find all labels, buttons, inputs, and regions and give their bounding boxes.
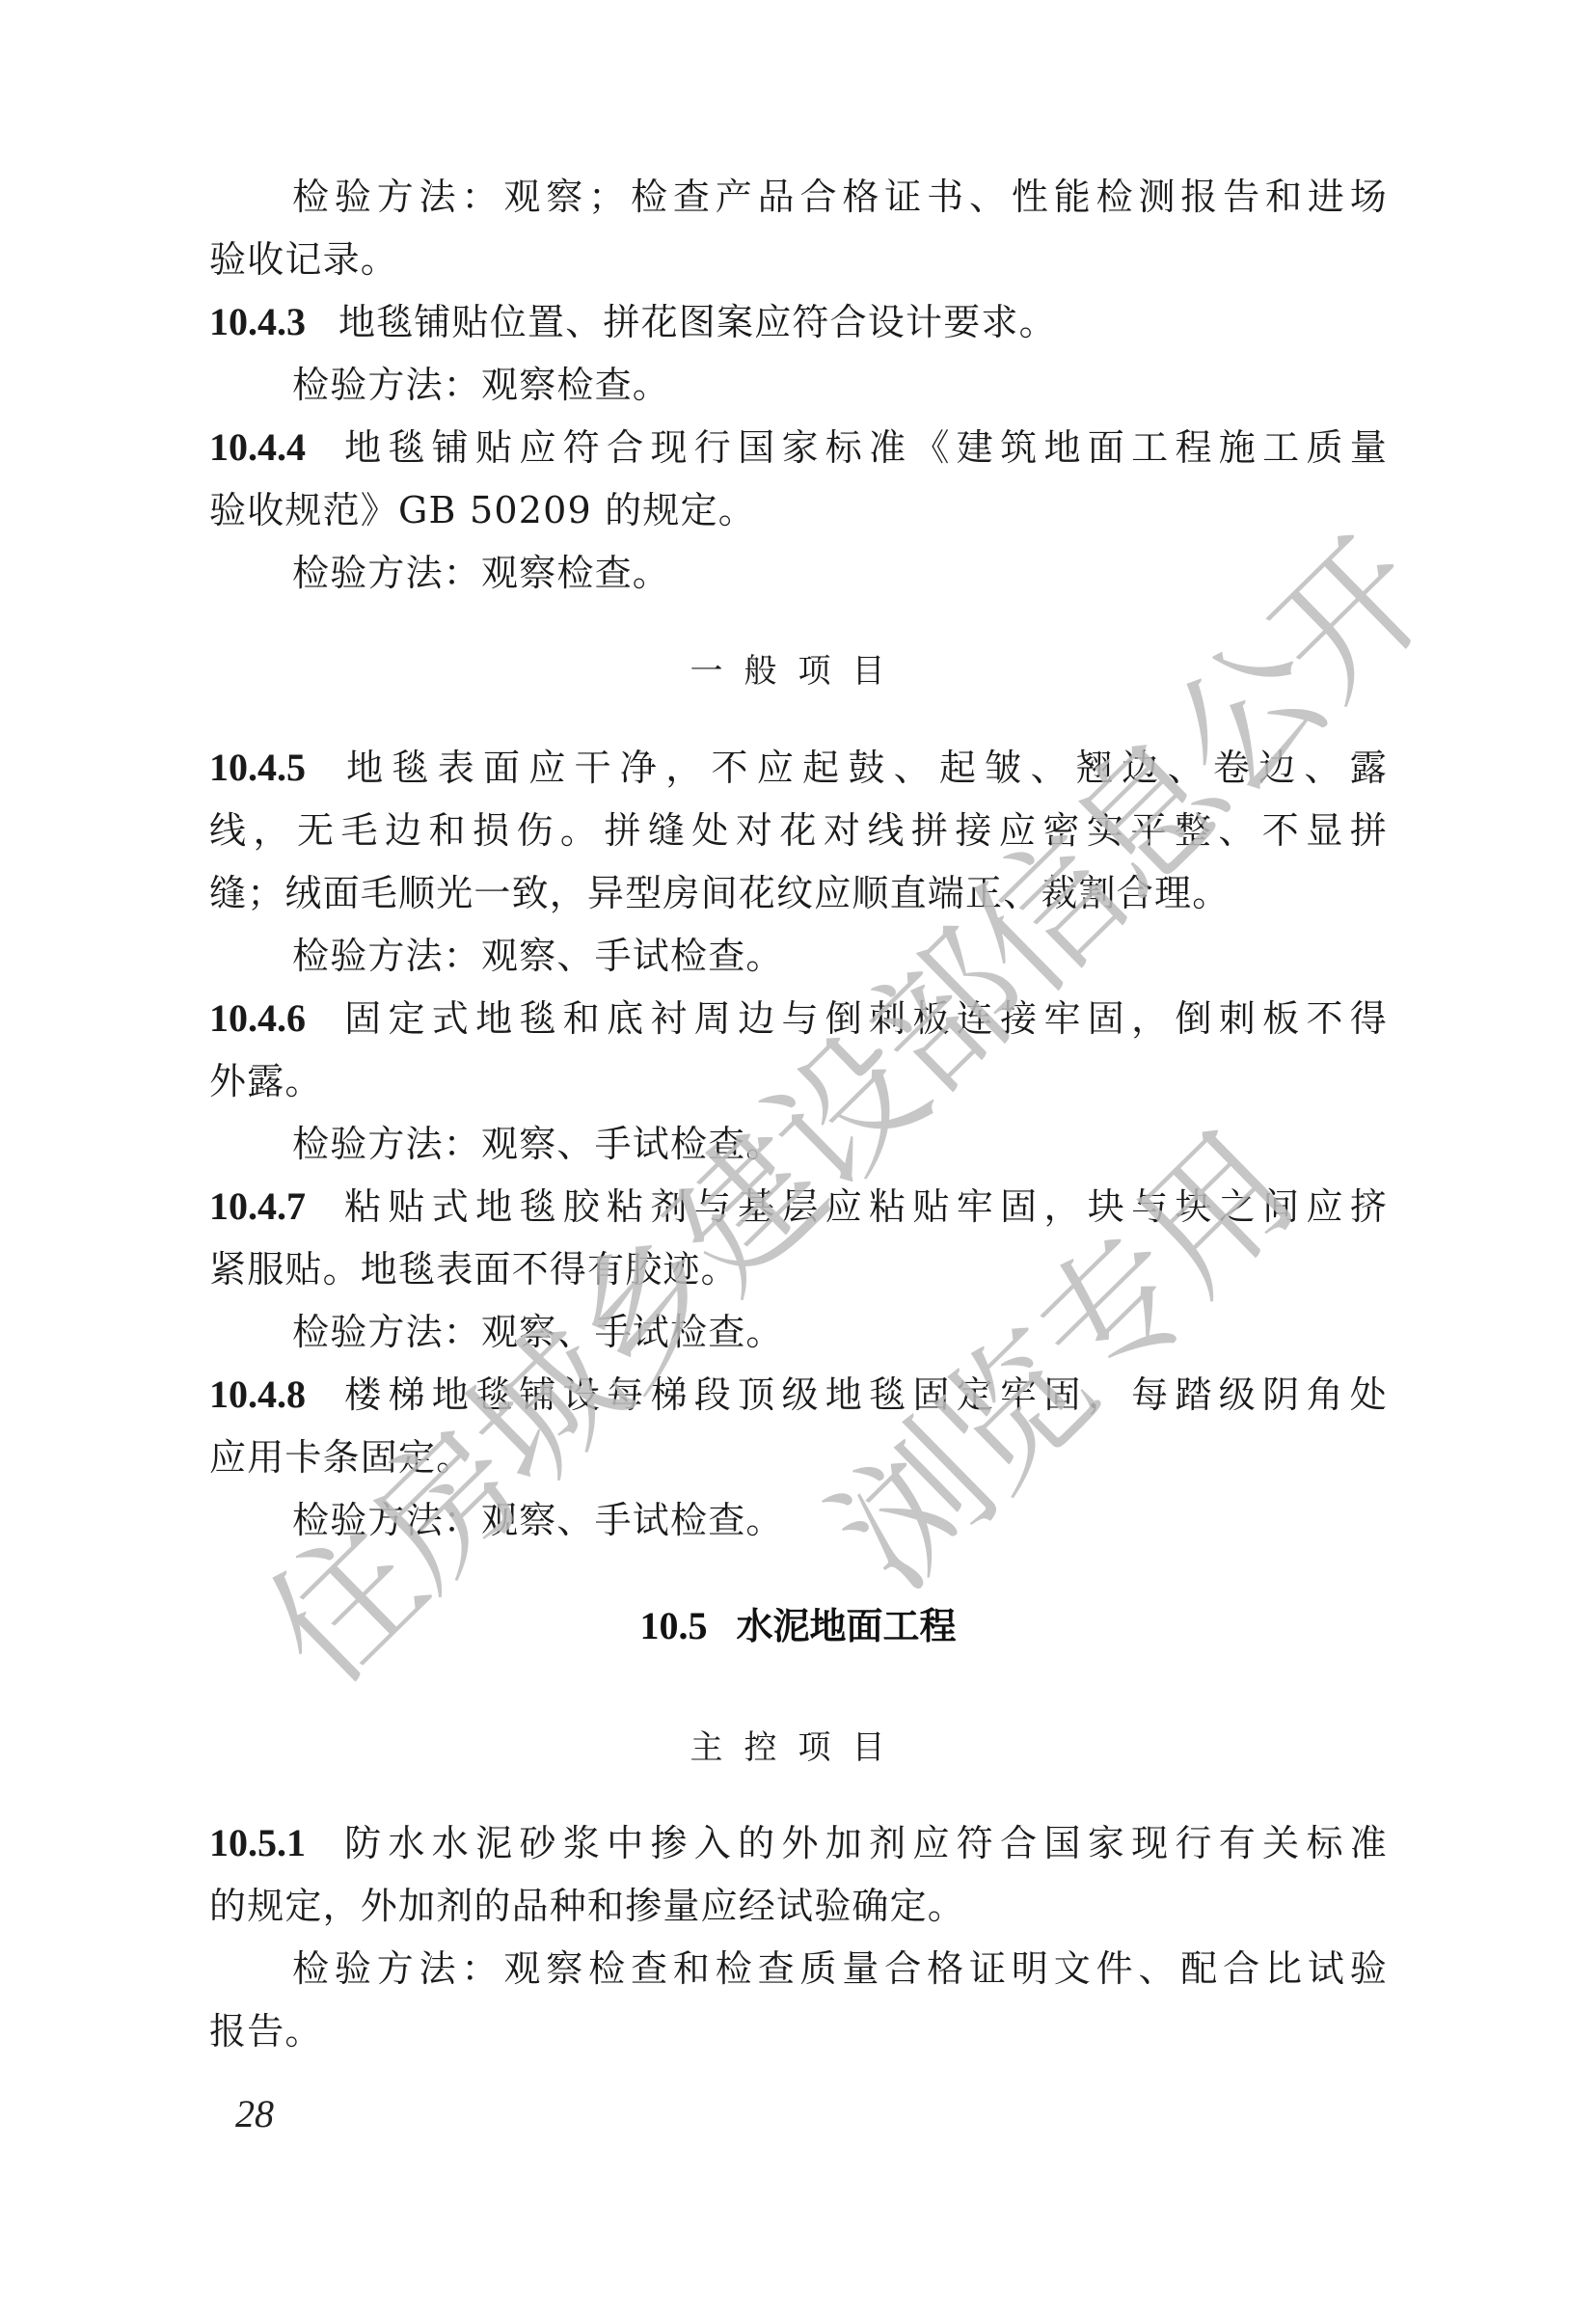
text-line: 线，无毛边和损伤。拼缝处对花对线拼接应密实平整、不显拼 <box>209 807 1388 854</box>
text-line: 外露。 <box>209 1058 1388 1104</box>
text-line: 缝；绒面毛顺光一致，异型房间花纹应顺直端正、裁割合理。 <box>209 870 1388 916</box>
clause-text: 粘贴式地毯胶粘剂与基层应粘贴牢固，块与块之间应挤 <box>338 1185 1388 1228</box>
inspection-method-line: 检验方法：观察、手试检查。 <box>292 1121 1388 1167</box>
line-text: 检验方法：观察检查。 <box>292 364 670 406</box>
text-line: 应用卡条固定。 <box>209 1434 1388 1481</box>
clause-number: 10.4.7 <box>209 1184 306 1228</box>
text-line: 的规定，外加剂的品种和掺量应经试验确定。 <box>209 1883 1388 1929</box>
subheading-general-items: 一般项目 <box>0 650 1596 693</box>
line-text: 检验方法：观察、手试检查。 <box>292 935 784 977</box>
line-text: 检验方法：观察检查。 <box>292 552 670 594</box>
inspection-method-line: 检验方法：观察、手试检查。 <box>292 1309 1388 1355</box>
line-text: 检验方法：观察检查和检查质量合格证明文件、配合比试验 <box>292 1947 1388 1990</box>
line-text: 检验方法：观察、手试检查。 <box>292 1499 784 1541</box>
text-line: 验收规范》GB 50209 的规定。 <box>209 487 1388 533</box>
clause-10-4-3: 10.4.3地毯铺贴位置、拼花图案应符合设计要求。 <box>209 299 1388 345</box>
inspection-method-line: 检验方法：观察检查。 <box>292 550 1388 596</box>
clause-text: 楼梯地毯铺设每梯段顶级地毯固定牢固，每踏级阴角处 <box>338 1373 1388 1416</box>
clause-number: 10.5.1 <box>209 1821 306 1864</box>
subheading-main-control-items: 主控项目 <box>0 1726 1596 1769</box>
line-text: 的规定，外加剂的品种和掺量应经试验确定。 <box>209 1885 965 1927</box>
text-line: 报告。 <box>209 2008 1388 2054</box>
line-text: 检验方法：观察、手试检查。 <box>292 1123 784 1165</box>
page-number: 28 <box>235 2091 274 2136</box>
clause-text: 防水水泥砂浆中掺入的外加剂应符合国家现行有关标准 <box>338 1822 1388 1864</box>
line-text: 应用卡条固定。 <box>209 1436 473 1479</box>
inspection-method-line: 检验方法：观察、手试检查。 <box>292 933 1388 979</box>
clause-number: 10.4.8 <box>209 1373 306 1416</box>
inspection-method-line: 检验方法：观察检查。 <box>292 362 1388 408</box>
inspection-method-line: 检验方法：观察检查和检查质量合格证明文件、配合比试验 <box>292 1945 1388 1992</box>
line-text: 验收记录。 <box>209 238 398 281</box>
line-text: 外露。 <box>209 1060 323 1102</box>
clause-number: 10.4.5 <box>209 746 306 789</box>
line-text: 紧服贴。地毯表面不得有胶迹。 <box>209 1248 739 1291</box>
text-line: 紧服贴。地毯表面不得有胶迹。 <box>209 1246 1388 1292</box>
line-text: 检验方法：观察、手试检查。 <box>292 1311 784 1353</box>
inspection-method-line: 检验方法：观察、手试检查。 <box>292 1497 1388 1543</box>
line-text: 验收规范》GB 50209 的规定。 <box>209 489 756 531</box>
clause-10-4-5: 10.4.5地毯表面应干净，不应起鼓、起皱、翘边、卷边、露 <box>209 745 1388 791</box>
section-number: 10.5 <box>639 1604 707 1647</box>
clause-10-4-8: 10.4.8楼梯地毯铺设每梯段顶级地毯固定牢固，每踏级阴角处 <box>209 1372 1388 1418</box>
clause-text: 固定式地毯和底衬周边与倒刺板连接牢固，倒刺板不得 <box>338 997 1388 1040</box>
line-text: 检验方法：观察；检查产品合格证书、性能检测报告和进场 <box>292 176 1388 218</box>
line-text: 线，无毛边和损伤。拼缝处对花对线拼接应密实平整、不显拼 <box>209 809 1388 852</box>
clause-text: 地毯表面应干净，不应起鼓、起皱、翘边、卷边、露 <box>338 747 1388 789</box>
clause-10-4-4: 10.4.4地毯铺贴应符合现行国家标准《建筑地面工程施工质量 <box>209 424 1388 471</box>
clause-number: 10.4.6 <box>209 996 306 1040</box>
clause-10-4-6: 10.4.6固定式地毯和底衬周边与倒刺板连接牢固，倒刺板不得 <box>209 995 1388 1042</box>
clause-text: 地毯铺贴位置、拼花图案应符合设计要求。 <box>338 301 1057 343</box>
document-page: 检验方法：观察；检查产品合格证书、性能检测报告和进场 验收记录。 10.4.3地… <box>0 0 1596 2311</box>
clause-number: 10.4.3 <box>209 300 306 343</box>
clause-text: 地毯铺贴应符合现行国家标准《建筑地面工程施工质量 <box>338 426 1388 469</box>
line-text: 缝；绒面毛顺光一致，异型房间花纹应顺直端正、裁割合理。 <box>209 872 1230 914</box>
text-line: 验收记录。 <box>209 236 1388 283</box>
clause-10-5-1: 10.5.1防水水泥砂浆中掺入的外加剂应符合国家现行有关标准 <box>209 1820 1388 1866</box>
clause-10-4-7: 10.4.7粘贴式地毯胶粘剂与基层应粘贴牢固，块与块之间应挤 <box>209 1183 1388 1230</box>
section-title: 水泥地面工程 <box>736 1605 956 1647</box>
line-text: 报告。 <box>209 2010 323 2053</box>
inspection-method-line: 检验方法：观察；检查产品合格证书、性能检测报告和进场 <box>292 174 1388 220</box>
section-heading-10-5: 10.5水泥地面工程 <box>0 1603 1596 1649</box>
clause-number: 10.4.4 <box>209 425 306 469</box>
